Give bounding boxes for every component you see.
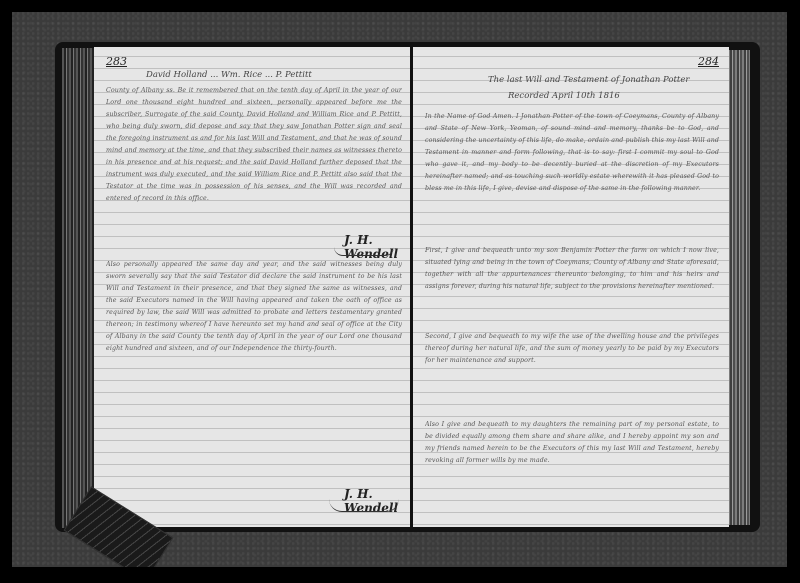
right-page-number: 284 [698, 55, 719, 68]
right-paragraph-3: Second, I give and bequeath to my wife t… [425, 331, 719, 415]
right-paragraph-4: Also I give and bequeath to my daughters… [425, 419, 719, 519]
right-page-recorded-date: Recorded April 10th 1816 [508, 91, 620, 101]
right-paragraph-1: In the Name of God Amen. I Jonathan Pott… [425, 111, 719, 243]
right-page-edges [728, 50, 750, 525]
left-page-edges [62, 48, 96, 528]
right-paragraph-2: First, I give and bequeath unto my son B… [425, 245, 719, 329]
left-paragraph-2: Also personally appeared the same day an… [106, 259, 402, 499]
right-page: 284 The last Will and Testament of Jonat… [413, 47, 729, 527]
left-page: 283 David Holland ... Wm. Rice ... P. Pe… [94, 47, 412, 527]
scan-border [0, 567, 800, 583]
left-page-number: 283 [106, 55, 127, 68]
signature-flourish-2 [329, 499, 399, 512]
left-paragraph-1: County of Albany ss. Be it remembered th… [106, 85, 402, 235]
signature-flourish-1 [334, 247, 394, 256]
left-page-heading: David Holland ... Wm. Rice ... P. Pettit… [146, 70, 312, 80]
right-page-heading: The last Will and Testament of Jonathan … [488, 75, 689, 85]
